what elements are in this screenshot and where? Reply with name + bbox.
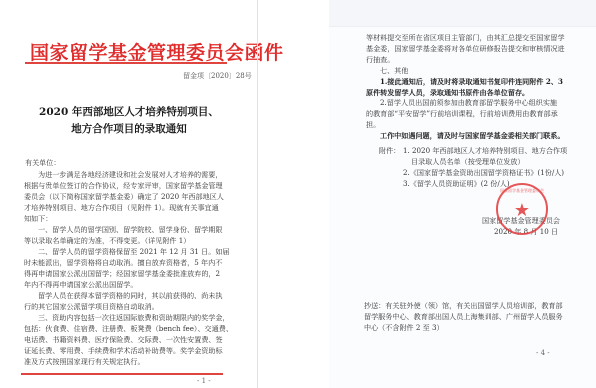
page-edge <box>257 0 258 388</box>
letterhead-title: 国家留学基金管理委员会函件 <box>30 38 284 65</box>
attachments-label: 附件： <box>379 146 400 157</box>
body-line: 三、资助内容包括一次往返国际旅费和资助期限内的奖学金， <box>24 313 230 324</box>
body-line: 证延长费、零用费、手续费和学术活动补助费等。奖学金资助标 <box>24 346 223 357</box>
document-page-1: 国家留学基金管理委员会函件 留金项〔2020〕28号 2020 年西部地区人才培… <box>0 0 258 388</box>
salutation: 有关单位： <box>25 158 60 169</box>
page-top-band <box>329 0 596 27</box>
seal-text: 国家留学基金管理委员会 <box>498 188 546 194</box>
document-number: 留金项〔2020〕28号 <box>183 71 252 81</box>
official-seal-icon: 国家留学基金管理委员会 ★ <box>496 183 548 235</box>
body-line: 电话费、书籍资料费、医疗保险费、交际费、一次性安置费、签 <box>24 335 223 346</box>
attachment-item: 目录取人员名单（按受理单位发放） <box>411 157 525 168</box>
body-line: 才培养特别项目、地方合作项目（见附件 1）。现就有关事宜通 <box>24 203 219 214</box>
body-line: 根据与贵单位签订的合作协议，经专家评审，国家留学基金管理 <box>24 181 223 192</box>
body-line: 委员会（以下简称国家留学基金委）确定了 2020 年西部地区人 <box>24 192 224 203</box>
page-number: - 4 - <box>536 349 550 357</box>
body-line: 原件转发留学人员，录取通知书原件由各单位留存。 <box>366 88 529 99</box>
body-line: 二、留学人员的留学资格保留至 2021 年 12 月 31 日。如届 <box>24 247 230 258</box>
body-line: 一、留学人员的留学国别、留学院校、留学身份、留学期限 <box>24 225 222 236</box>
body-line: 1.接此通知后，请及时将录取通知书复印件连同附件 2、3 <box>366 77 563 88</box>
body-line: 行抽查。 <box>366 55 394 66</box>
contact-note: 工作中如遇问题，请及时与国家留学基金委相关部门联系。 <box>366 131 564 142</box>
section-heading: 七、其他 <box>366 66 408 77</box>
body-line: 时未能派出，留学资格将自动取消。擅自放弃资格者，5 年内不 <box>24 258 222 269</box>
body-line: 基金委，国家留学基金委将对各单位研修报告提交和审核情况进 <box>366 44 565 55</box>
attachment-item: 2.《国家留学基金资助出国留学资格证书》(1份/人) <box>403 168 564 179</box>
body-line: 得再申请国家公派出国留学；经国家留学基金委批准放弃的，2 <box>24 269 220 280</box>
attachment-item: 3.《留学人员资助证明》(2 份/人) <box>403 179 510 190</box>
cc-line: 抄送：有关驻外使（领）馆，有关出国留学人员培训部，教育部 <box>364 301 563 312</box>
body-line: 包括：伙食费、住宿费、注册费、板凳费（bench fee）、交通费、 <box>24 324 233 335</box>
body-line: 准及方式按照国家现行有关规定执行。 <box>24 357 145 368</box>
page-number: - 1 - <box>197 377 211 385</box>
body-line: 的教育部“平安留学”行前培训课程，行前培训费用由教育部承 <box>366 109 558 120</box>
body-line: 留学人员在获得本留学资格的同时，其以前获得的、尚未执 <box>24 291 222 302</box>
body-line: 为进一步满足各地经济建设和社会发展对人才培养的需要， <box>24 170 222 181</box>
body-line: 行的其它国家公派留学项目资格自动取消。 <box>24 302 159 313</box>
body-line: 2.留学人员出国前须参加由教育部留学服务中心组织实施 <box>366 98 557 109</box>
attachment-item: 1. 2020 年西部地区人才培养特别项目、地方合作项 <box>403 146 567 157</box>
cc-line: 留学服务中心、教育部出国人员上海集训部、广州留学人员服务 <box>364 312 563 323</box>
body-line: 担。 <box>366 120 380 131</box>
star-icon: ★ <box>514 202 530 220</box>
body-line: 等材料提交至所在省区项目主管部门，由其汇总提交至国家留学 <box>366 33 565 44</box>
footer-divider <box>21 373 223 375</box>
letterhead-divider <box>25 62 227 64</box>
notice-title-line-2: 地方合作项目的录取通知 <box>0 121 258 136</box>
notice-title-line-1: 2020 年西部地区人才培养特别项目、 <box>0 104 258 119</box>
cc-line: 中心（不含附件 2 至 3） <box>364 323 444 334</box>
body-line: 等以录取名单确定的为准，不得变更。（详见附件 1） <box>24 236 190 247</box>
document-page-4: 等材料提交至所在省区项目主管部门，由其汇总提交至国家留学 基金委，国家留学基金委… <box>329 0 596 388</box>
body-line: 知如下： <box>24 214 52 225</box>
body-line: 年内不得再申请国家公派出国留学。 <box>24 280 138 291</box>
